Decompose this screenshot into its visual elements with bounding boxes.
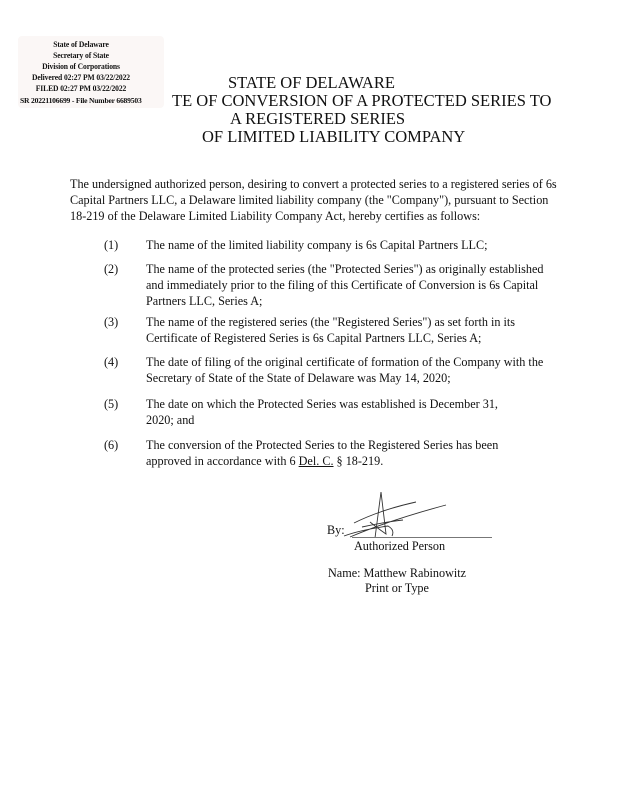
title-llc: OF LIMITED LIABILITY COMPANY [202, 128, 465, 146]
title-state: STATE OF DELAWARE [228, 74, 395, 92]
authorized-person-label: Authorized Person [354, 539, 445, 554]
item-text: The conversion of the Protected Series t… [146, 437, 546, 469]
item-number: (5) [104, 396, 118, 412]
stamp-file-number: SR 20221106699 - File Number 6689503 [20, 96, 142, 105]
item-number: (4) [104, 354, 118, 370]
stamp-line: Division of Corporations [0, 62, 162, 73]
item-number: (1) [104, 237, 118, 253]
item-number: (2) [104, 261, 118, 277]
item-text: The date on which the Protected Series w… [146, 396, 526, 428]
item-text: The name of the limited liability compan… [146, 237, 546, 253]
title-certificate: TE OF CONVERSION OF A PROTECTED SERIES T… [172, 92, 551, 110]
item-number: (3) [104, 314, 118, 330]
stamp-line: Delivered 02:27 PM 03/22/2022 [0, 73, 162, 84]
del-c-citation: Del. C. [299, 454, 334, 468]
signer-name: Name: Matthew Rabinowitz [328, 566, 466, 581]
item-number: (6) [104, 437, 118, 453]
stamp-line: Secretary of State [0, 51, 162, 62]
item-text: The name of the registered series (the "… [146, 314, 546, 346]
stamp-line: FILED 02:27 PM 03/22/2022 [0, 84, 162, 95]
title-registered-series: A REGISTERED SERIES [230, 110, 405, 128]
intro-paragraph: The undersigned authorized person, desir… [70, 176, 560, 224]
item-text-part: § 18-219. [334, 454, 384, 468]
item-text: The name of the protected series (the "P… [146, 261, 546, 309]
stamp-line: State of Delaware [0, 40, 162, 51]
print-or-type-label: Print or Type [365, 581, 429, 596]
signature-line [352, 537, 492, 538]
item-text: The date of filing of the original certi… [146, 354, 546, 386]
